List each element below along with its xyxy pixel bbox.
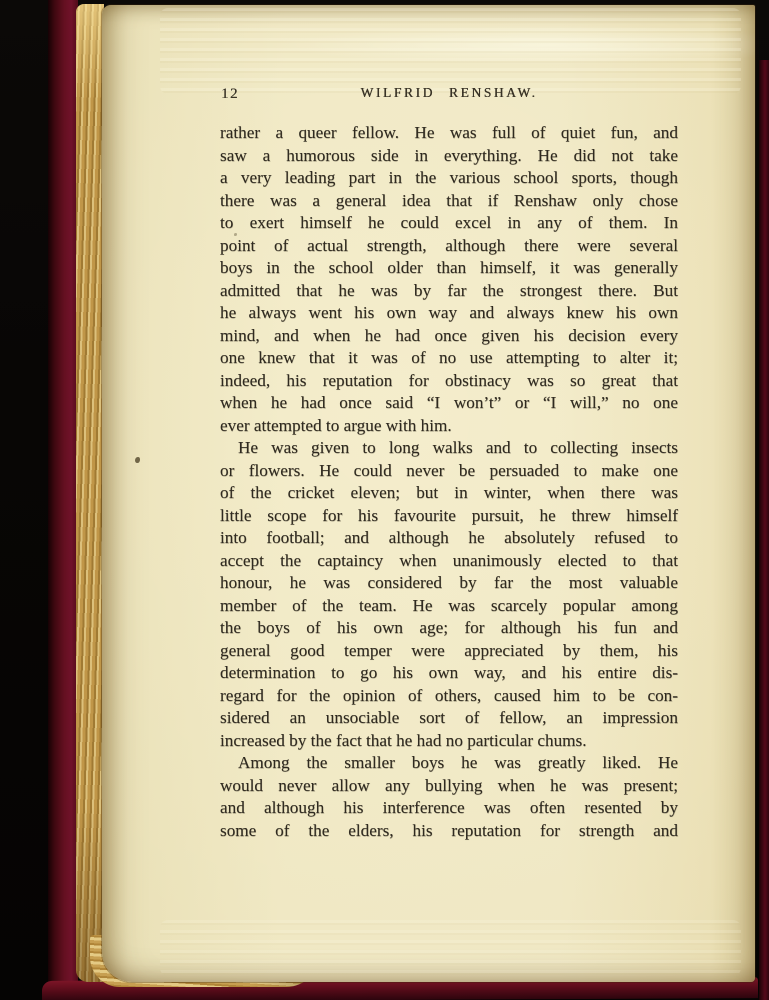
- text-line: there was a general idea that if Renshaw…: [220, 190, 678, 213]
- paragraph-1: rather a queer fellow. He was full of qu…: [220, 122, 678, 437]
- ink-speck: [135, 457, 140, 463]
- paragraph-2: He was given to long walks and to collec…: [220, 437, 678, 752]
- text-line: general good temper were appreciated by …: [220, 640, 678, 663]
- text-line: the boys of his own age; for although hi…: [220, 617, 678, 640]
- text-line: regard for the opinion of others, caused…: [220, 685, 678, 708]
- text-line: determination to go his own way, and his…: [220, 662, 678, 685]
- text-line: boys in the school older than himself, i…: [220, 257, 678, 280]
- text-line: member of the team. He was scarcely popu…: [220, 595, 678, 618]
- text-line: he always went his own way and always kn…: [220, 302, 678, 325]
- text-line: ever attempted to argue with him.: [220, 415, 678, 438]
- book-cover-right-edge: [759, 60, 769, 1000]
- text-line: point of actual strength, although there…: [220, 235, 678, 258]
- text-line: rather a queer fellow. He was full of qu…: [220, 122, 678, 145]
- text-line: of the cricket eleven; but in winter, wh…: [220, 482, 678, 505]
- text-line: when he had once said “I won’t” or “I wi…: [220, 392, 678, 415]
- text-line: saw a humorous side in everything. He di…: [220, 145, 678, 168]
- page-number: 12: [221, 86, 239, 103]
- text-line: into football; and although he absolutel…: [220, 527, 678, 550]
- text-line: He was given to long walks and to collec…: [220, 437, 678, 460]
- text-line: or flowers. He could never be persuaded …: [220, 460, 678, 483]
- text-line: to exert himself he could excel in any o…: [220, 212, 678, 235]
- text-line: increased by the fact that he had no par…: [220, 730, 678, 753]
- text-line: one knew that it was of no use attemptin…: [220, 347, 678, 370]
- book-photo: 12 WILFRID RENSHAW. rather a queer fello…: [0, 0, 769, 1000]
- text-block: rather a queer fellow. He was full of qu…: [220, 122, 678, 842]
- text-line: mind, and when he had once given his dec…: [220, 325, 678, 348]
- text-line: indeed, his reputation for obstinacy was…: [220, 370, 678, 393]
- running-header: 12 WILFRID RENSHAW.: [220, 85, 678, 107]
- stacked-page-edges-left: [76, 4, 104, 982]
- text-line: Among the smaller boys he was greatly li…: [220, 752, 678, 775]
- text-line: some of the elders, his reputation for s…: [220, 820, 678, 843]
- text-line: honour, he was considered by far the mos…: [220, 572, 678, 595]
- running-title: WILFRID RENSHAW.: [220, 85, 678, 101]
- book-page: 12 WILFRID RENSHAW. rather a queer fello…: [102, 5, 755, 982]
- text-line: a very leading part in the various schoo…: [220, 167, 678, 190]
- text-line: would never allow any bullying when he w…: [220, 775, 678, 798]
- text-line: and although his interference was often …: [220, 797, 678, 820]
- scan-streaks-bottom: [160, 920, 741, 976]
- scan-streaks-top: [160, 8, 741, 94]
- paragraph-3: Among the smaller boys he was greatly li…: [220, 752, 678, 842]
- text-line: sidered an unsociable sort of fellow, an…: [220, 707, 678, 730]
- book-cover-left-edge: [48, 0, 78, 1000]
- text-line: admitted that he was by far the stronges…: [220, 280, 678, 303]
- text-line: accept the captaincy when unanimously el…: [220, 550, 678, 573]
- text-line: little scope for his favourite pursuit, …: [220, 505, 678, 528]
